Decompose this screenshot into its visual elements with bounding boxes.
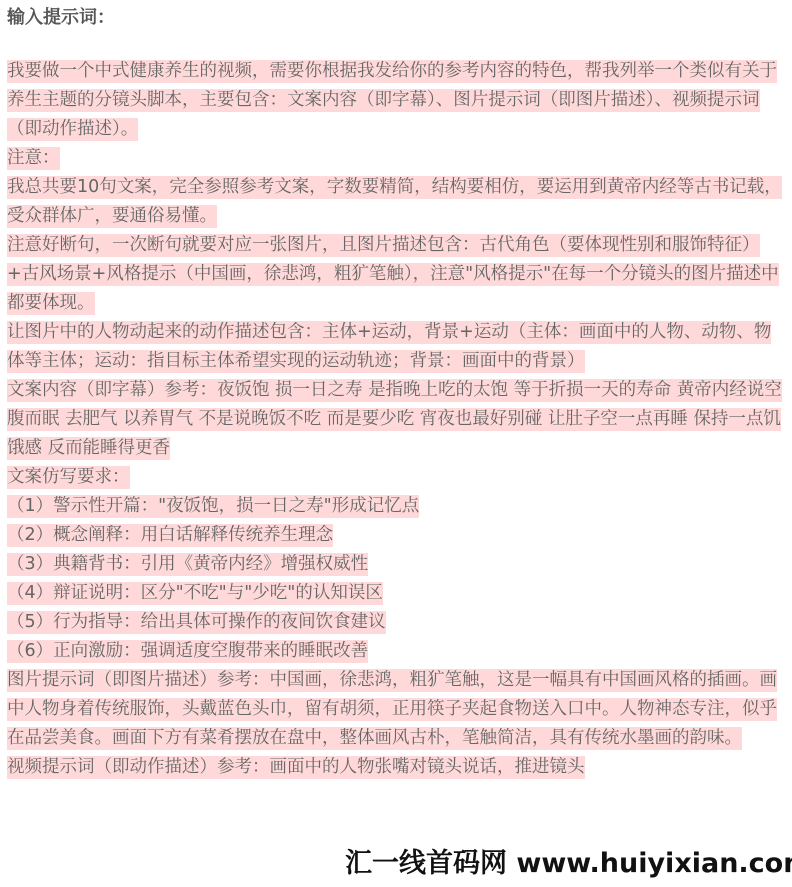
- prompt-content: 我要做一个中式健康养生的视频，需要你根据我发给你的参考内容的特色，帮我列举一个类…: [7, 57, 787, 782]
- paragraph-motion-description-rules: 让图片中的人物动起来的动作描述包含：主体+运动，背景+运动（主体：画面中的人物、…: [7, 318, 787, 376]
- highlighted-text: 让图片中的人物动起来的动作描述包含：主体+运动，背景+运动（主体：画面中的人物、…: [7, 321, 771, 373]
- list-item-4: （4）辩证说明：区分"不吃"与"少吃"的认知误区: [7, 579, 787, 608]
- highlighted-text: 注意好断句，一次断句就要对应一张图片，且图片描述包含：古代角色（要体现性别和服饰…: [7, 234, 779, 315]
- paragraph-imitation-label: 文案仿写要求：: [7, 463, 787, 492]
- list-item-6: （6）正向激励：强调适度空腹带来的睡眠改善: [7, 637, 787, 666]
- highlighted-text: （5）行为指导：给出具体可操作的夜间饮食建议: [7, 611, 386, 634]
- paragraph-note-label: 注意：: [7, 144, 787, 173]
- paragraph-image-prompt-reference: 图片提示词（即图片描述）参考：中国画，徐悲鸿，粗犷笔触，这是一幅具有中国画风格的…: [7, 666, 787, 753]
- list-item-2: （2）概念阐释：用白话解释传统养生理念: [7, 521, 787, 550]
- highlighted-text: 图片提示词（即图片描述）参考：中国画，徐悲鸿，粗犷笔触，这是一幅具有中国画风格的…: [7, 669, 777, 750]
- paragraph-copy-reference: 文案内容（即字幕）参考：夜饭饱 损一日之寿 是指晚上吃的太饱 等于折损一天的寿命…: [7, 376, 787, 463]
- highlighted-text: （3）典籍背书：引用《黄帝内经》增强权威性: [7, 553, 368, 576]
- list-item-1: （1）警示性开篇："夜饭饱，损一日之寿"形成记忆点: [7, 492, 787, 521]
- highlighted-text: （1）警示性开篇："夜饭饱，损一日之寿"形成记忆点: [7, 495, 419, 518]
- section-heading: 输入提示词：: [7, 6, 787, 30]
- highlighted-text: 我总共要10句文案，完全参照参考文案，字数要精简，结构要相仿，要运用到黄帝内经等…: [7, 176, 782, 228]
- highlighted-text: 文案仿写要求：: [7, 466, 130, 489]
- paragraph-copy-requirements: 我总共要10句文案，完全参照参考文案，字数要精简，结构要相仿，要运用到黄帝内经等…: [7, 173, 787, 231]
- paragraph-intro: 我要做一个中式健康养生的视频，需要你根据我发给你的参考内容的特色，帮我列举一个类…: [7, 57, 787, 144]
- list-item-5: （5）行为指导：给出具体可操作的夜间饮食建议: [7, 608, 787, 637]
- document-page: 输入提示词： 我要做一个中式健康养生的视频，需要你根据我发给你的参考内容的特色，…: [7, 0, 787, 782]
- highlighted-text: （2）概念阐释：用白话解释传统养生理念: [7, 524, 333, 547]
- list-item-3: （3）典籍背书：引用《黄帝内经》增强权威性: [7, 550, 787, 579]
- highlighted-text: 视频提示词（即动作描述）参考：画面中的人物张嘴对镜头说话，推进镜头: [7, 756, 585, 779]
- highlighted-text: 注意：: [7, 147, 60, 170]
- highlighted-text: 我要做一个中式健康养生的视频，需要你根据我发给你的参考内容的特色，帮我列举一个类…: [7, 60, 777, 141]
- site-watermark: 汇一线首码网 www.huiyixian.com: [345, 848, 792, 880]
- paragraph-image-description-rules: 注意好断句，一次断句就要对应一张图片，且图片描述包含：古代角色（要体现性别和服饰…: [7, 231, 787, 318]
- highlighted-text: （4）辩证说明：区分"不吃"与"少吃"的认知误区: [7, 582, 383, 605]
- paragraph-video-prompt-reference: 视频提示词（即动作描述）参考：画面中的人物张嘴对镜头说话，推进镜头: [7, 753, 787, 782]
- highlighted-text: 文案内容（即字幕）参考：夜饭饱 损一日之寿 是指晚上吃的太饱 等于折损一天的寿命…: [7, 379, 782, 460]
- highlighted-text: （6）正向激励：强调适度空腹带来的睡眠改善: [7, 640, 368, 663]
